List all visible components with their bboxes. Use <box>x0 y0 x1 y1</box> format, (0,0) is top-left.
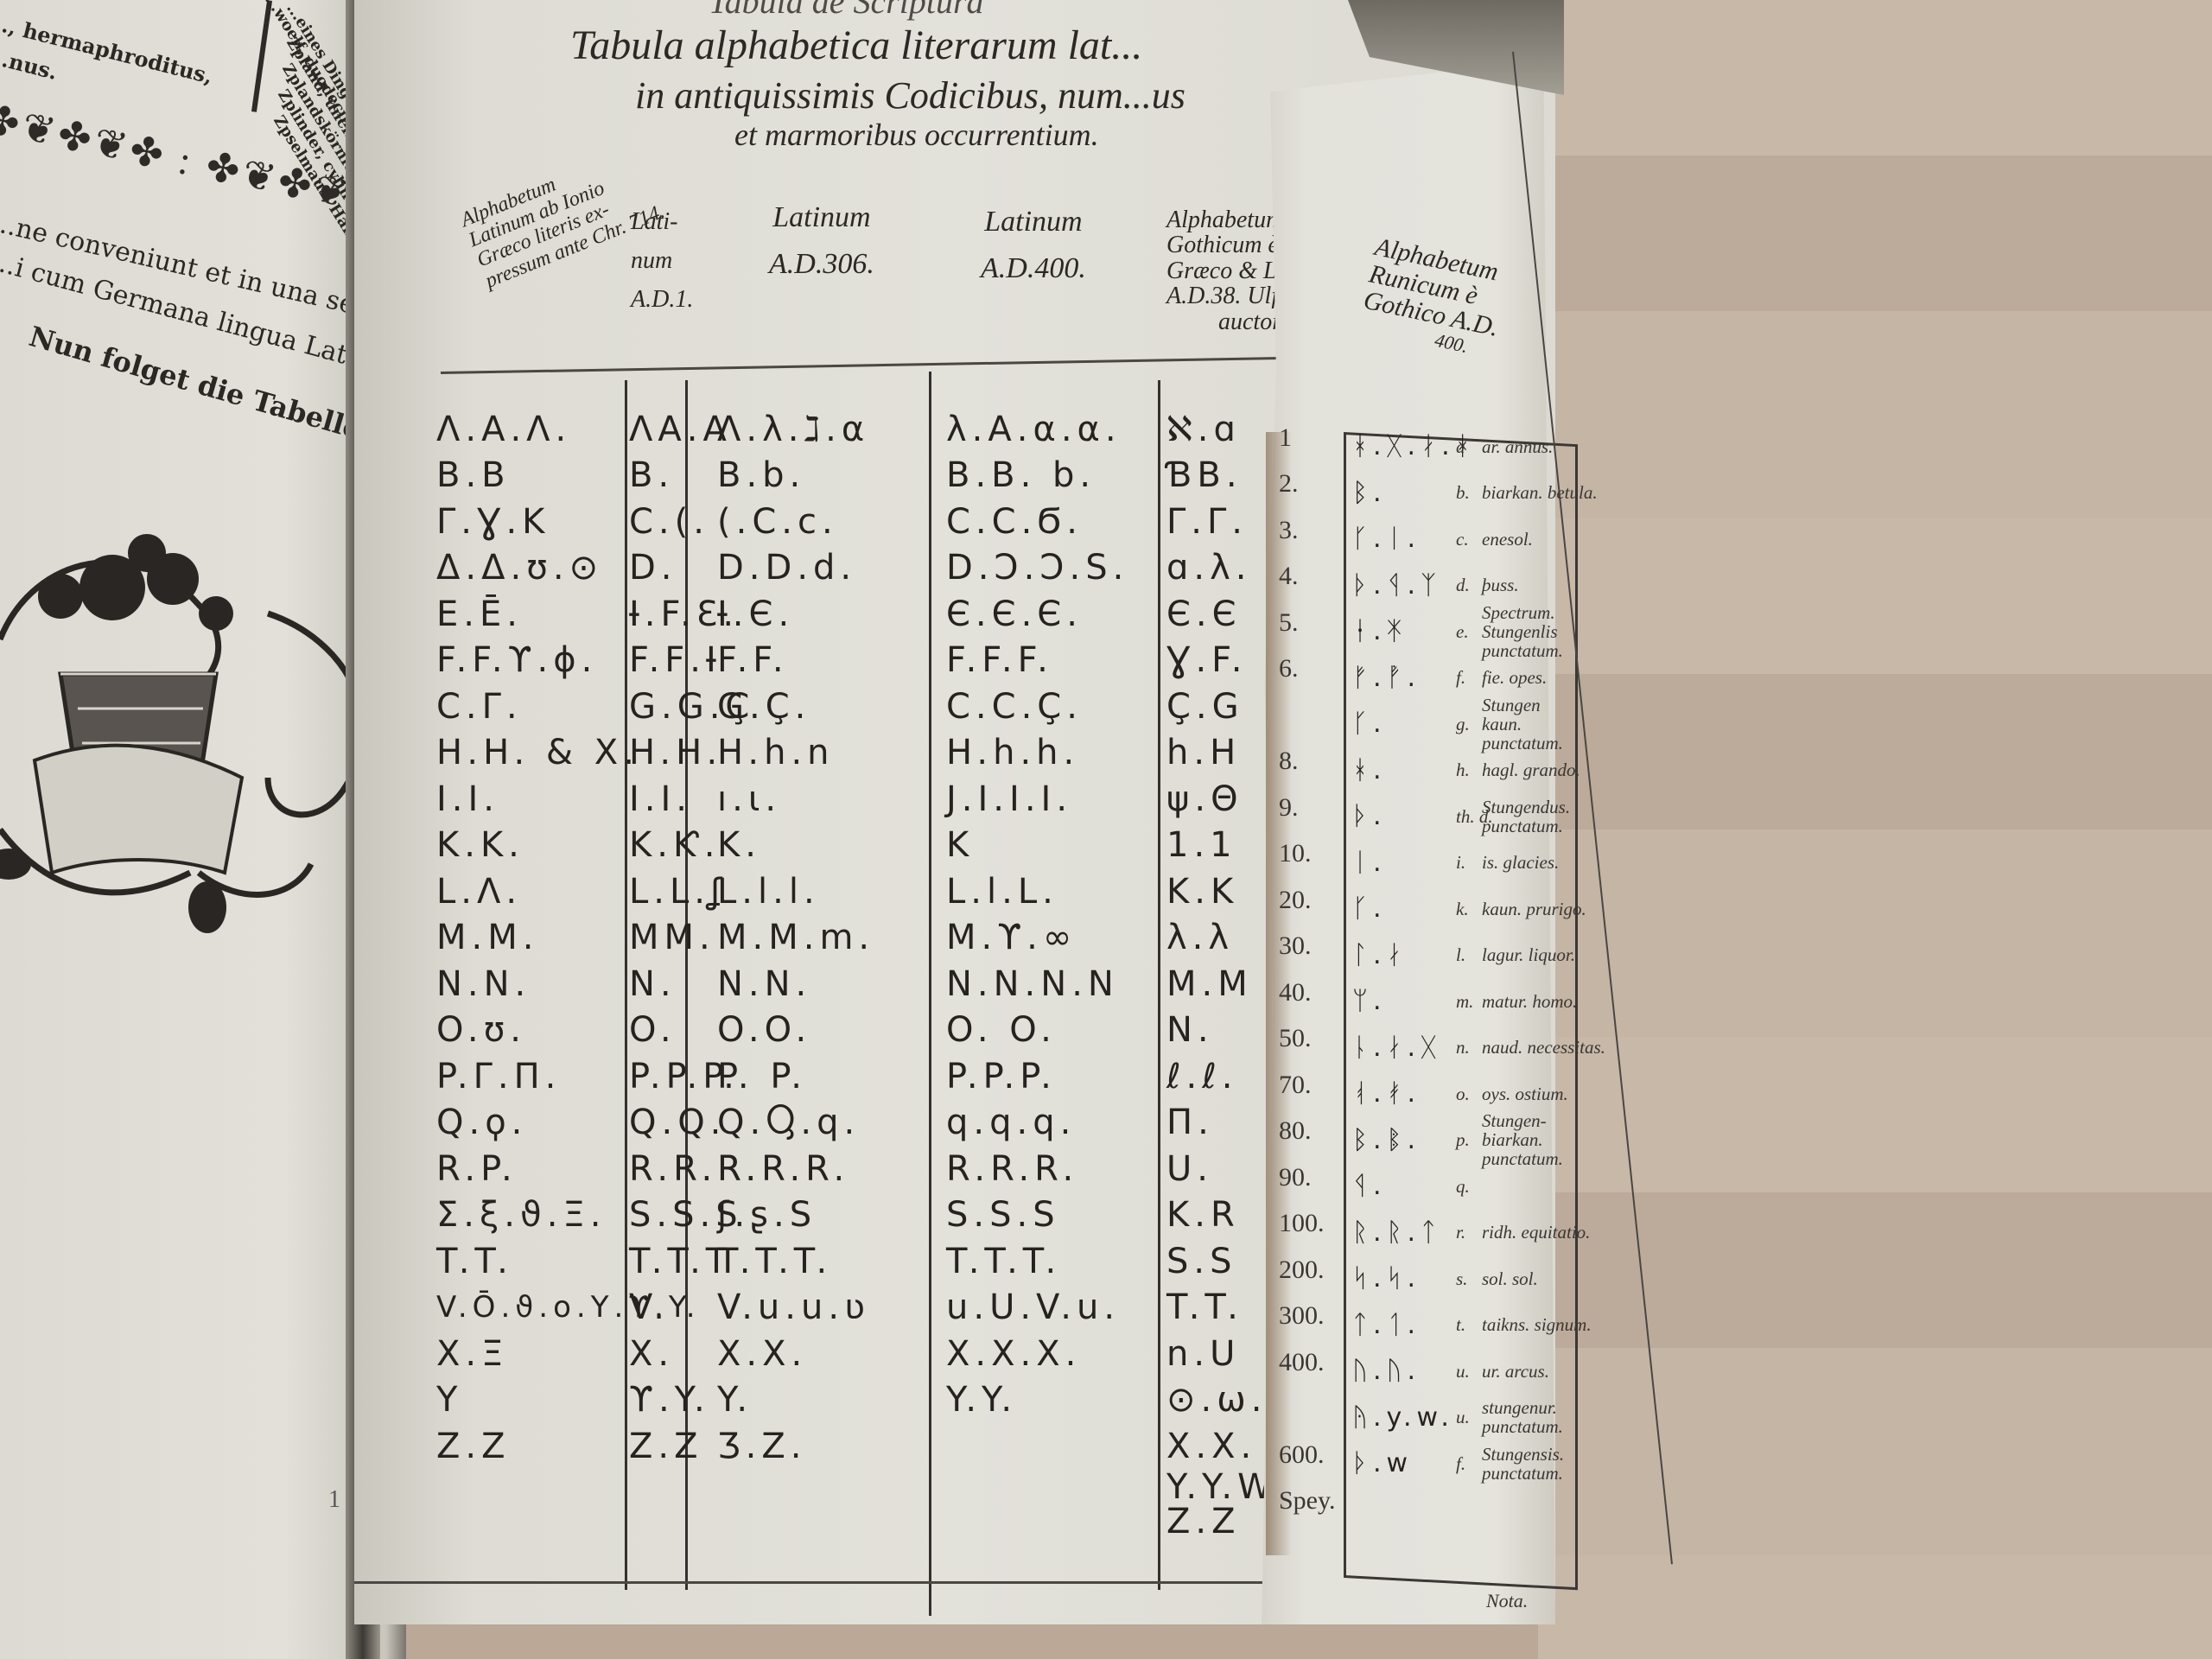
cell: J.I.I.I. <box>946 776 1128 823</box>
cell: Q.Ⴓ.q. <box>717 1100 874 1147</box>
cell: 8. <box>1279 739 1336 785</box>
runic-row: ᚼ.ᚷ.ᛅ.ᚼaar. annus. <box>1352 423 1605 470</box>
cell: 9. <box>1279 785 1336 831</box>
cell: F.F.F. <box>946 638 1128 684</box>
cell: P. P. <box>717 1053 874 1100</box>
cell: O.O. <box>717 1007 874 1054</box>
table-title-line-1: Tabula alphabetica literarum lat... <box>570 22 1142 69</box>
column-rule <box>929 372 931 1616</box>
runic-row: ᚴ.k.kaun. prurigo. <box>1352 886 1605 932</box>
runic-row: ᛩ.q. <box>1352 1163 1605 1210</box>
runic-row: ᚽ.ᛡe.Spectrum. Stungenlis punctatum. <box>1352 608 1605 655</box>
cell: H.h.h. <box>946 730 1128 777</box>
cell: 3. <box>1279 507 1336 554</box>
cell: C.Ϲ.Ϭ. <box>946 499 1128 545</box>
cell: K <box>946 823 1128 869</box>
cell: X.X. <box>717 1331 874 1377</box>
cell: S.S.S <box>946 1192 1128 1239</box>
cell: 600. <box>1279 1432 1336 1478</box>
cell: N.N.N.N <box>946 961 1128 1007</box>
header-latinum-ad1: Lati- num A.D.1. <box>631 203 693 319</box>
catchword: Nota. <box>1486 1590 1528 1612</box>
cell: O. O. <box>946 1007 1128 1054</box>
runic-row: ᚱ.ᚱ.ᛏr.ridh. equitatio. <box>1352 1210 1605 1256</box>
cell: V.u.u.ʋ <box>717 1285 874 1332</box>
cell: Y.Y. <box>946 1377 1128 1424</box>
cell: F.F. <box>717 638 874 684</box>
footer-rule <box>354 1581 1305 1584</box>
cell: T.T.T. <box>946 1238 1128 1285</box>
cell: 80. <box>1279 1109 1336 1155</box>
cell: u.U.V.u. <box>946 1285 1128 1332</box>
runic-row: ᚼ.h.hagl. grando. <box>1352 747 1605 794</box>
runic-row: ᛒ.b.biarkan. betula. <box>1352 470 1605 517</box>
cell: 2. <box>1279 461 1336 508</box>
table-title-line-2: in antiquissimis Codicibus, num...us <box>635 73 1185 118</box>
runic-row: ᚮ.ᚯ.o.oys. ostium. <box>1352 1071 1605 1117</box>
cell: 1 <box>1279 415 1336 461</box>
runic-row: ᚴ.ᛁ.c.enesol. <box>1352 516 1605 563</box>
runic-row: ᚢ.ᚢ.u.ur. arcus. <box>1352 1348 1605 1395</box>
cell: 4. <box>1279 554 1336 601</box>
cell: 20. <box>1279 877 1336 924</box>
column-latinum-ad400: λ.Α.α.α. B.B. b. C.Ϲ.Ϭ. D.Ↄ.Ↄ.S. Є.Є.Є. … <box>946 406 1128 1470</box>
runic-row: ᛏ.ᛐ.t.taikns. signum. <box>1352 1302 1605 1349</box>
cell: Є.Є.Є. <box>946 591 1128 638</box>
cell: Ɨ.Є. <box>717 591 874 638</box>
cell: L.l.L. <box>946 868 1128 915</box>
cell: M.M.m. <box>717 915 874 962</box>
column-latinum-ad306: Λ.λ.ℷ.α B.b. (.C.c. D.D.d. Ɨ.Є. F.F. G.Ç… <box>717 406 874 1470</box>
cell: λ.Α.α.α. <box>946 406 1128 453</box>
cell: D.D.d. <box>717 545 874 592</box>
column-runic: ᚼ.ᚷ.ᛅ.ᚼaar. annus. ᛒ.b.biarkan. betula. … <box>1352 423 1605 1487</box>
cell: Λ.λ.ℷ.α <box>717 406 874 453</box>
runic-row: ᛚ.ᛅl.lagur. liquor. <box>1352 932 1605 979</box>
cell: 6. <box>1279 646 1336 693</box>
header-latinum-ad400: Latinum A.D.400. <box>981 199 1086 293</box>
cell: (.C.c. <box>717 499 874 545</box>
cell: Ʒ.Z. <box>717 1423 874 1470</box>
cell: ʃ.ʂ.S <box>717 1192 874 1239</box>
cell: 30. <box>1279 924 1336 970</box>
cell: M.ϒ.∞ <box>946 915 1128 962</box>
cell: 400. <box>1279 1339 1336 1386</box>
cell: 90. <box>1279 1154 1336 1201</box>
column-rule <box>1158 380 1160 1590</box>
cell: H.h.n <box>717 730 874 777</box>
cell: B.B. b. <box>946 453 1128 499</box>
cell: C.C.Ç. <box>946 683 1128 730</box>
cell: Y. <box>717 1377 874 1424</box>
cell: B.b. <box>717 453 874 499</box>
cell: 40. <box>1279 969 1336 1016</box>
cell: 5. <box>1279 600 1336 646</box>
runic-row: ᛒ.ᛔ.p.Stungen-biarkan. punctatum. <box>1352 1117 1605 1164</box>
runic-row: ᚦ.wf.Stungensis. punctatum. <box>1352 1440 1605 1487</box>
runic-row: ᚦ.th. d.Stungendus. punctatum. <box>1352 793 1605 840</box>
cell: N.N. <box>717 961 874 1007</box>
cell: 10. <box>1279 831 1336 878</box>
title-fragment-top: Tabula de Scriptura <box>709 0 984 22</box>
page-number: 1 <box>328 1486 340 1514</box>
runic-row: ᛁ.i.is. glacies. <box>1352 840 1605 887</box>
cell: 200. <box>1279 1247 1336 1294</box>
cell: L.l.l. <box>717 868 874 915</box>
floral-basket-vignette-icon <box>0 501 389 950</box>
cell: 100. <box>1279 1201 1336 1248</box>
cell: T.T.T. <box>717 1238 874 1285</box>
cell: R.R.R. <box>717 1146 874 1192</box>
table-title-line-3: et marmoribus occurrentium. <box>734 117 1099 153</box>
runic-row: ᚤ.y.w.u.stungenur. punctatum. <box>1352 1395 1605 1441</box>
cell: 50. <box>1279 1016 1336 1063</box>
cell: Spey. <box>1279 1478 1336 1525</box>
runic-row: ᚿ.ᛅ.ᚷn.naud. necessitas. <box>1352 1025 1605 1071</box>
column-divider-rule <box>251 0 272 112</box>
wooden-table-surface <box>1538 0 2212 1659</box>
header-latinum-ad306: Latinum A.D.306. <box>769 194 874 289</box>
cell: q.q.q. <box>946 1100 1128 1147</box>
cell: 70. <box>1279 1062 1336 1109</box>
cell <box>1279 1386 1336 1433</box>
runic-row: ᛋ.ᛋ.s.sol. sol. <box>1352 1255 1605 1302</box>
column-gothic-numerals: 1 2. 3. 4. 5. 6. 8. 9. 10. 20. 30. 40. 5… <box>1279 415 1336 1524</box>
cell <box>946 1423 1128 1470</box>
cell <box>1279 692 1336 739</box>
runic-row: ᚠ.ᚡ.f.fie. opes. <box>1352 655 1605 702</box>
cell: G.Ç. <box>717 683 874 730</box>
runic-row: ᚴ.g.Stungen kaun. punctatum. <box>1352 701 1605 747</box>
cell: ı.ɩ. <box>717 776 874 823</box>
cell: R.R.R. <box>946 1146 1128 1192</box>
cell: P.P.P. <box>946 1053 1128 1100</box>
runic-row: ᛘ.m.matur. homo. <box>1352 978 1605 1025</box>
runic-glyph: ᚼ.ᚷ.ᛅ.ᚼ <box>1352 431 1456 461</box>
runic-row: ᚦ.ᛩ.ᛉd.þuss. <box>1352 563 1605 609</box>
cell: 300. <box>1279 1294 1336 1340</box>
cell: K. <box>717 823 874 869</box>
cell: X.X.X. <box>946 1331 1128 1377</box>
cell: D.Ↄ.Ↄ.S. <box>946 545 1128 592</box>
